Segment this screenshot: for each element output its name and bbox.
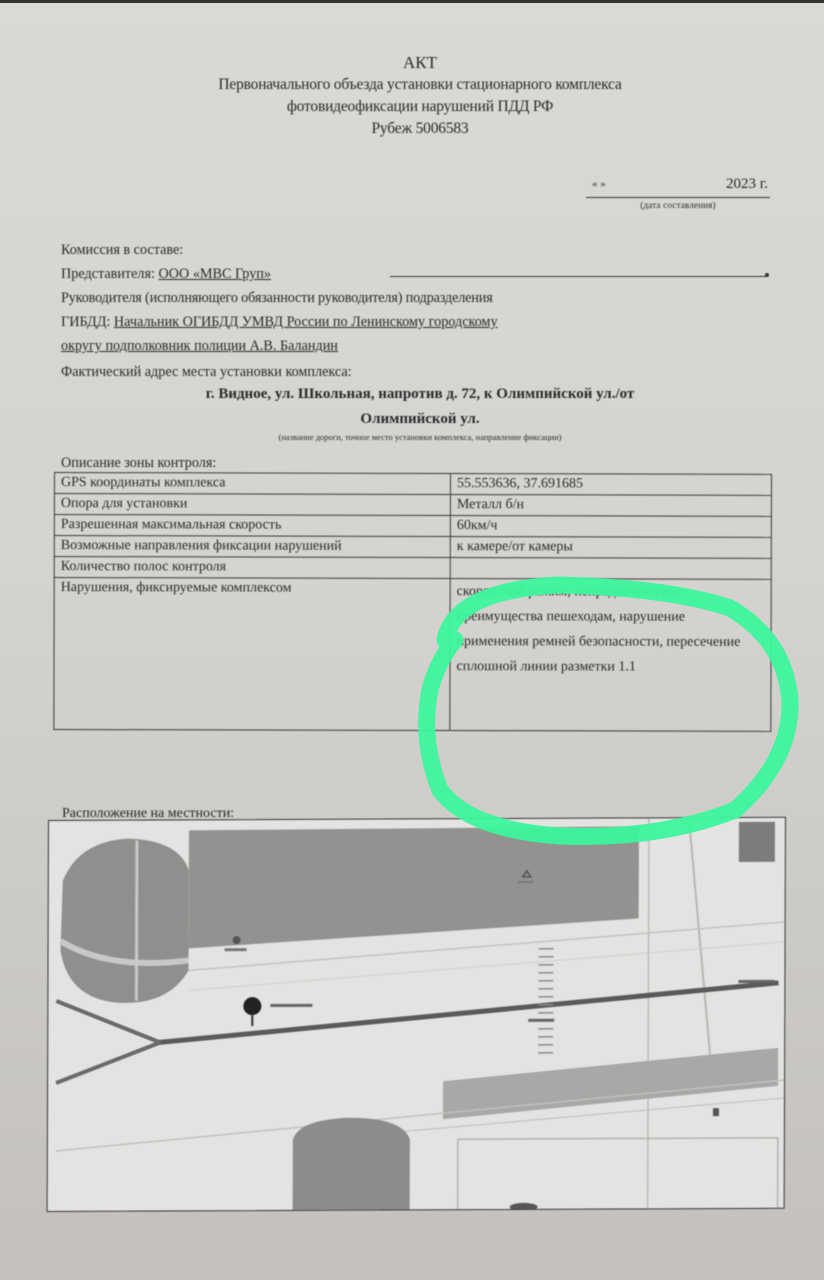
violations-value: скоростной режим, непредоставление преим… <box>450 579 771 732</box>
representative-value: ООО «МВС Груп» <box>159 266 271 282</box>
address-line-2: Олимпийской ул. <box>90 409 750 430</box>
lanes-key: Количество полос контроля <box>54 557 450 579</box>
zone-table: GPS координаты комплекса 55.553636, 37.6… <box>53 472 772 732</box>
representative-underline <box>390 276 768 277</box>
table-row: Разрешенная максимальная скорость 60км/ч <box>54 515 771 538</box>
date-caption: (дата составления) <box>586 200 770 210</box>
location-map <box>47 817 786 1212</box>
address-caption: (название дороги, точное место установки… <box>120 432 720 442</box>
map-drawing <box>48 818 786 1212</box>
address-line-1: г. Видное, ул. Школьная, напротив д. 72,… <box>90 384 750 405</box>
representative-label: Представителя: <box>61 266 155 282</box>
underline-end-dot <box>765 273 769 277</box>
lanes-value <box>450 558 771 580</box>
date-year: 2023 г. <box>726 176 768 193</box>
table-row: Нарушения, фиксируемые комплексом скорос… <box>54 578 771 732</box>
gps-key: GPS координаты комплекса <box>54 473 450 495</box>
document-subtitle-1: Первоначального объезда установки стацио… <box>100 74 740 96</box>
gps-value: 55.553636, 37.691685 <box>450 474 771 496</box>
support-value: Металл б/н <box>450 495 771 517</box>
date-day-placeholder: « » <box>592 178 606 190</box>
document-header: АКТ Первоначального объезда установки ст… <box>100 52 740 140</box>
direction-value: к камере/от камеры <box>450 537 771 559</box>
table-row: Опора для установки Металл б/н <box>54 494 771 517</box>
date-field: « » 2023 г. (дата составления) <box>586 176 770 210</box>
direction-key: Возможные направления фиксации нарушений <box>54 536 450 558</box>
head-value-2: округу подполковник полиции А.В. Баланди… <box>61 336 338 356</box>
head-label: Руководителя (исполняющего обязанности р… <box>61 288 493 308</box>
speed-value: 60км/ч <box>450 516 771 538</box>
table-row: GPS координаты комплекса 55.553636, 37.6… <box>54 473 771 496</box>
head-line: ГИБДД: Начальник ОГИБДД УМВД России по Л… <box>61 312 498 332</box>
head-value-1: Начальник ОГИБДД УМВД России по Ленинско… <box>114 314 498 330</box>
violations-key: Нарушения, фиксируемые комплексом <box>54 578 450 731</box>
zone-heading: Описание зоны контроля: <box>61 453 216 473</box>
speed-key: Разрешенная максимальная скорость <box>54 515 450 537</box>
boundary-number: Рубеж 5006583 <box>100 118 740 140</box>
table-row: Количество полос контроля <box>54 557 771 580</box>
address-label: Фактический адрес места установки компле… <box>61 362 352 382</box>
support-key: Опора для установки <box>54 494 450 516</box>
document-title: АКТ <box>100 52 740 74</box>
scanned-document: АКТ Первоначального объезда установки ст… <box>0 0 824 1280</box>
table-row: Возможные направления фиксации нарушений… <box>54 536 771 559</box>
representative-line: Представителя: ООО «МВС Груп» <box>61 264 271 284</box>
gibdd-label: ГИБДД: <box>61 314 110 330</box>
document-subtitle-2: фотовидеофиксации нарушений ПДД РФ <box>100 96 740 118</box>
commission-heading: Комиссия в составе: <box>61 240 183 260</box>
